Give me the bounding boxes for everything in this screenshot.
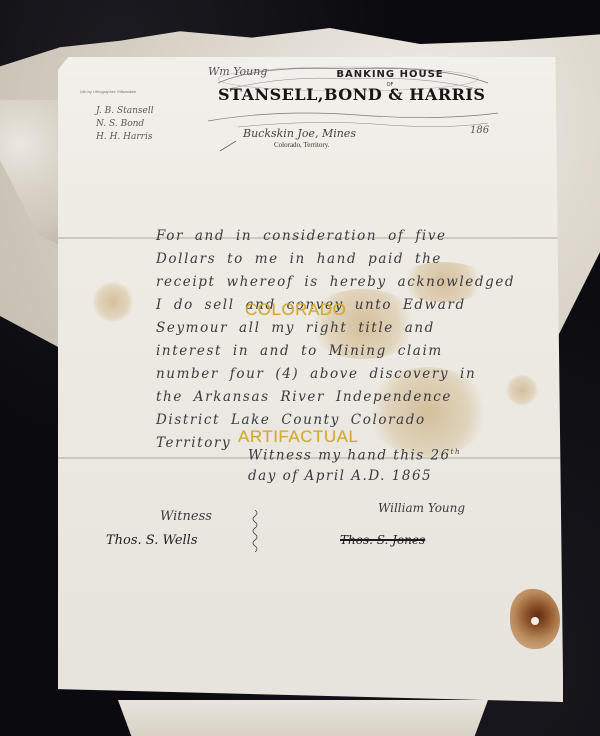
lithographer-credit: Lith by Lithographer, Milwaukee — [80, 89, 136, 94]
watermark-colorado: COLORADO — [245, 300, 346, 320]
seal-squiggle — [251, 510, 259, 552]
location: Buckskin Joe, Mines — [243, 127, 356, 140]
partner-name: J. B. Stansell — [96, 105, 154, 118]
deed-line: Seymour all my right title and — [156, 317, 546, 340]
closing-statement: Witness my hand this 26th day of April A… — [248, 442, 461, 486]
witness-label: Witness — [160, 509, 212, 524]
deed-body: For and in consideration of five Dollars… — [156, 225, 546, 455]
banking-house-heading: BANKING HOUSE — [290, 69, 490, 80]
struck-out-name: Thos. S. Jones — [340, 533, 425, 547]
ordinal-suffix: th — [451, 448, 461, 456]
year-prefix: 186 — [470, 125, 489, 136]
deed-line: the Arkansas River Independence — [156, 386, 546, 409]
partner-list: J. B. Stansell N. S. Bond H. H. Harris — [96, 105, 154, 144]
witness-signature: Thos. S. Wells — [106, 533, 198, 548]
quartz-stone-bottom — [118, 700, 488, 736]
document-paper: Lith by Lithographer, Milwaukee Wm Young… — [58, 57, 563, 702]
water-stain — [93, 282, 133, 322]
closing-line: Witness my hand this 26 — [248, 448, 451, 464]
grantor-signature: William Young — [378, 501, 465, 515]
deed-line: receipt whereof is hereby acknowledged — [156, 271, 546, 294]
corner-note: Wm Young — [208, 65, 267, 78]
deed-line: number four (4) above discovery in — [156, 363, 546, 386]
deed-line: Dollars to me in hand paid the — [156, 248, 546, 271]
deed-line: interest in and to Mining claim — [156, 340, 546, 363]
wax-seal-hole — [531, 617, 539, 625]
watermark-artifactual: ARTIFACTUAL — [238, 427, 358, 447]
partner-name: H. H. Harris — [96, 131, 154, 144]
firm-name: STANSELL,BOND & HARRIS — [218, 85, 485, 104]
closing-line: day of April A.D. 1865 — [248, 466, 461, 486]
partner-name: N. S. Bond — [96, 118, 154, 131]
pen-stroke — [218, 139, 238, 153]
deed-line: I do sell and convey unto Edward — [156, 294, 546, 317]
deed-line: For and in consideration of five — [156, 225, 546, 248]
territory: Colorado, Territory. — [274, 141, 330, 149]
